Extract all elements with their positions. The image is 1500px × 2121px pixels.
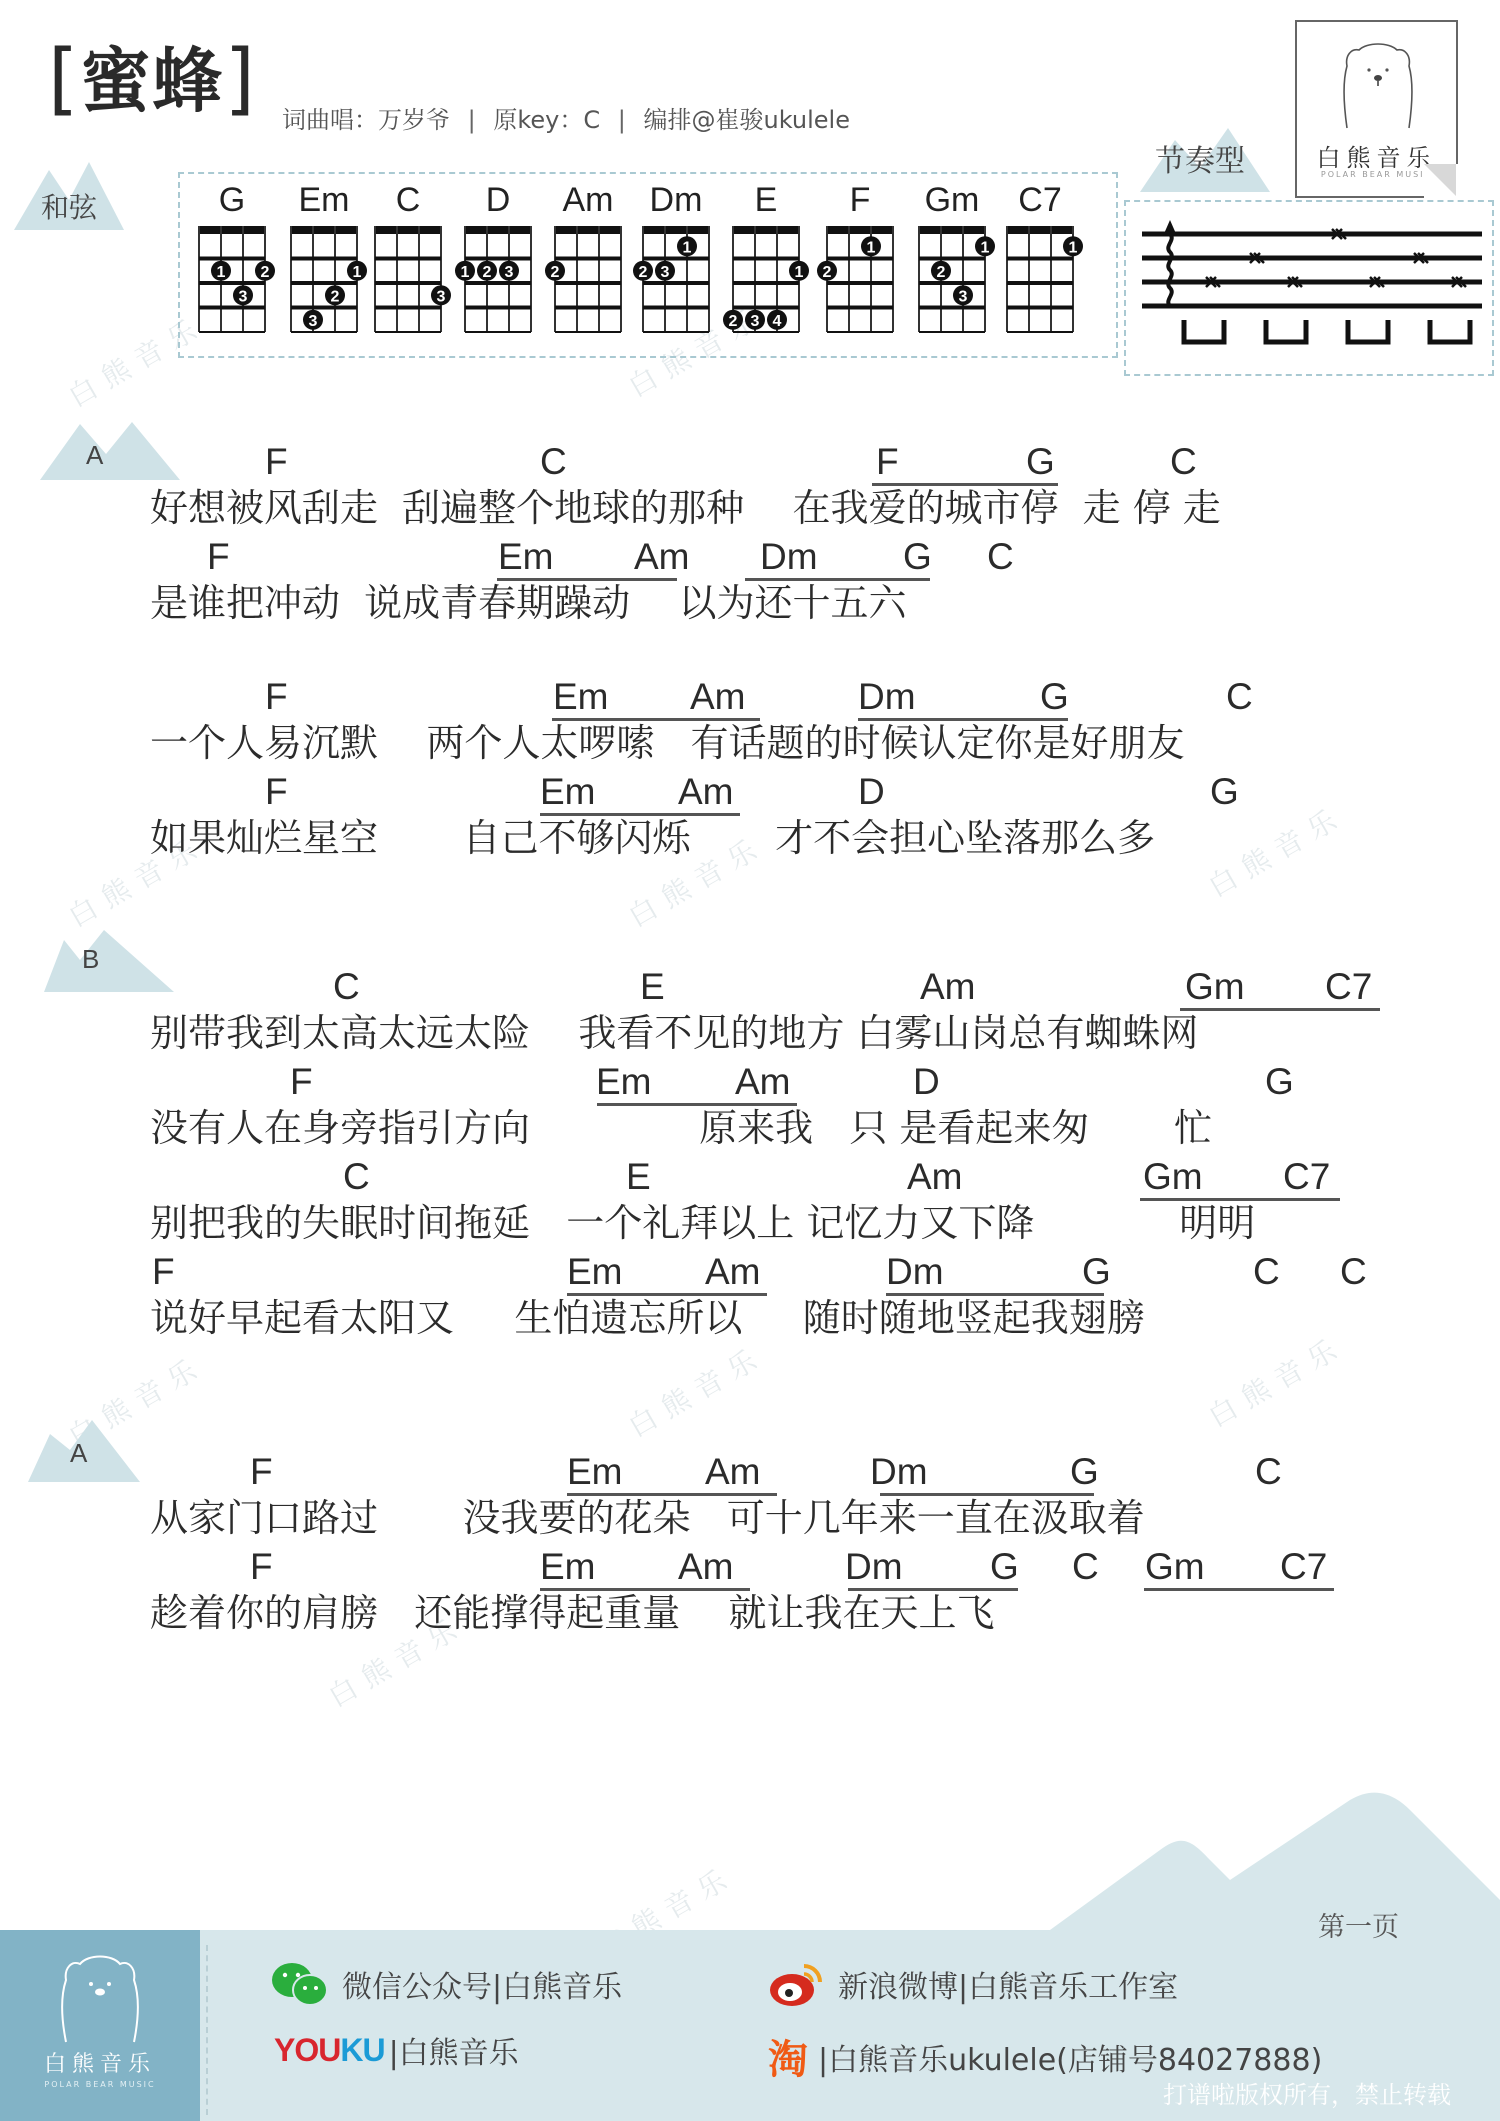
chord-symbol: Dm: [845, 1545, 903, 1589]
chord-symbol: Am: [705, 1250, 761, 1294]
chord-symbol: G: [1070, 1450, 1099, 1494]
chord-symbol: Em: [567, 1250, 623, 1294]
svg-text:1: 1: [683, 239, 692, 256]
youku-link[interactable]: YOUKU |白熊音乐: [274, 2028, 519, 2072]
meta-separator: |: [618, 106, 626, 134]
lyric-line: FEmAmDmGCC说好早起看太阳又 生怕遗忘所以 随时随地竖起我翅膀: [0, 1250, 1500, 1345]
chord-symbol: Am: [705, 1450, 761, 1494]
arranger: 编排@崔骏ukulele: [644, 106, 850, 134]
lyric-text: 没有人在身旁指引方向 原来我 只 是看起来匆 忙: [150, 1104, 1212, 1152]
fretboard-grid: 123: [639, 224, 713, 338]
taobao-text: |白熊音乐ukulele(店铺号84027888): [818, 2035, 1322, 2079]
svg-text:4: 4: [773, 313, 782, 330]
song-title: [蜜蜂]: [48, 40, 257, 118]
chord-symbol: C: [540, 440, 567, 484]
svg-text:3: 3: [959, 288, 968, 305]
chord-symbol: Am: [920, 965, 976, 1009]
chord-symbol: C: [1253, 1250, 1280, 1294]
chord-symbol: F: [290, 1060, 313, 1104]
footer-divider: [206, 1945, 208, 2115]
chord-symbol: C7: [1283, 1155, 1330, 1199]
svg-text:3: 3: [505, 264, 514, 281]
svg-text:2: 2: [823, 264, 832, 281]
chord-name: C: [368, 180, 448, 220]
chord-symbol: Am: [690, 675, 746, 719]
chord-symbol: Dm: [760, 535, 818, 579]
wechat-icon: [270, 1960, 330, 2008]
chord-symbol: Dm: [858, 675, 916, 719]
chord-symbol: F: [265, 440, 288, 484]
lyric-text: 别带我到太高太远太险 我看不见的地方 白雾山岗总有蜘蛛网: [150, 1009, 1198, 1057]
chord-diagram-g: G123: [192, 180, 272, 338]
chord-symbol: C: [1170, 440, 1197, 484]
lyric-text: 别把我的失眠时间拖延 一个礼拜以上 记忆力又下降 明明: [150, 1199, 1255, 1247]
lyric-line: FEmAmDG如果灿烂星空 自己不够闪烁 才不会担心坠落那么多: [0, 770, 1500, 865]
svg-text:1: 1: [461, 264, 470, 281]
chord-symbol: C: [343, 1155, 370, 1199]
footer-mountain-decoration: [1050, 1790, 1500, 1930]
chord-diagram-em: Em123: [284, 180, 364, 338]
chord-symbol: G: [1210, 770, 1239, 814]
chord-diagram-c7: C71: [1000, 180, 1080, 338]
lyric-text: 好想被风刮走 刮遍整个地球的那种 在我爱的城市停 走 停 走: [150, 484, 1221, 532]
chord-symbol: F: [265, 675, 288, 719]
lyric-text: 从家门口路过 没我要的花朵 可十几年来一直在汲取着: [150, 1494, 1145, 1542]
chord-diagram-am: Am2: [548, 180, 628, 338]
watermark: 白熊音乐: [620, 1335, 772, 1446]
fretboard-grid: 123: [195, 224, 269, 338]
svg-text:1: 1: [867, 239, 876, 256]
chord-symbol: G: [1082, 1250, 1111, 1294]
chord-symbol: C: [1340, 1250, 1367, 1294]
lyric-line: FEmAmDG没有人在身旁指引方向 原来我 只 是看起来匆 忙: [0, 1060, 1500, 1155]
brand-logo-card: 白熊音乐 POLAR BEAR MUSIC: [1295, 20, 1458, 198]
chord-symbol: C: [987, 535, 1014, 579]
chord-symbol: G: [1040, 675, 1069, 719]
svg-text:3: 3: [309, 313, 318, 330]
chord-symbol: Em: [498, 535, 554, 579]
title-bracket-left: [: [48, 34, 80, 124]
chord-symbol: Em: [540, 1545, 596, 1589]
chord-symbol: F: [250, 1450, 273, 1494]
svg-text:2: 2: [729, 313, 738, 330]
lyric-line: CEAmGmC7别把我的失眠时间拖延 一个礼拜以上 记忆力又下降 明明: [0, 1155, 1500, 1250]
chord-name: Em: [284, 180, 364, 220]
chord-diagram-e: E1234: [726, 180, 806, 338]
lyric-line: FEmAmDmGC是谁把冲动 说成青春期躁动 以为还十五六: [0, 535, 1500, 630]
chord-symbol: C: [1226, 675, 1253, 719]
wechat-text: 微信公众号|白熊音乐: [342, 1962, 622, 2006]
chord-symbol: E: [640, 965, 665, 1009]
chord-name: Gm: [912, 180, 992, 220]
credits: 词曲唱：万岁爷: [282, 106, 450, 134]
taobao-icon: 淘: [768, 2028, 808, 2085]
footer-brand-logo: 白熊音乐 POLAR BEAR MUSIC: [0, 1930, 200, 2121]
svg-text:1: 1: [981, 239, 990, 256]
svg-text:3: 3: [661, 264, 670, 281]
polar-bear-icon: [54, 1952, 146, 2044]
chord-symbol: Am: [735, 1060, 791, 1104]
chord-diagram-c: C3: [368, 180, 448, 338]
svg-text:2: 2: [261, 264, 270, 281]
chord-symbol: E: [626, 1155, 651, 1199]
chord-diagram-d: D123: [458, 180, 538, 338]
fretboard-grid: 123: [461, 224, 535, 338]
fretboard-grid: 1: [1003, 224, 1077, 338]
chord-symbol: C: [1255, 1450, 1282, 1494]
chord-symbol: G: [990, 1545, 1019, 1589]
fretboard-grid: 123: [915, 224, 989, 338]
lyric-text: 一个人易沉默 两个人太啰嗦 有话题的时候认定你是好朋友: [150, 719, 1185, 767]
chord-symbol: Dm: [886, 1250, 944, 1294]
chord-symbol: G: [903, 535, 932, 579]
svg-text:2: 2: [639, 264, 648, 281]
lyric-line: FEmAmDmGC一个人易沉默 两个人太啰嗦 有话题的时候认定你是好朋友: [0, 675, 1500, 770]
chord-name: G: [192, 180, 272, 220]
chord-symbol: D: [913, 1060, 940, 1104]
copyright-notice: 打谱啦版权所有，禁止转载: [1163, 2075, 1451, 2110]
chord-symbol: Am: [678, 770, 734, 814]
svg-text:3: 3: [751, 313, 760, 330]
svg-text:2: 2: [937, 264, 946, 281]
lyric-line: FEmAmDmGC从家门口路过 没我要的花朵 可十几年来一直在汲取着: [0, 1450, 1500, 1545]
chord-symbol: C: [1072, 1545, 1099, 1589]
lyric-line: FEmAmDmGCGmC7趁着你的肩膀 还能撑得起重量 就让我在天上飞: [0, 1545, 1500, 1640]
chord-symbol: Dm: [870, 1450, 928, 1494]
chord-symbol: Gm: [1143, 1155, 1203, 1199]
chords-section-badge: 和弦: [14, 160, 124, 230]
chord-name: E: [726, 180, 806, 220]
chord-symbol: F: [152, 1250, 175, 1294]
svg-text:2: 2: [551, 264, 560, 281]
polar-bear-icon: [1335, 40, 1421, 130]
chord-symbol: Em: [553, 675, 609, 719]
fretboard-grid: 3: [371, 224, 445, 338]
chord-symbol: Am: [634, 535, 690, 579]
chord-symbol: Am: [678, 1545, 734, 1589]
svg-text:2: 2: [331, 288, 340, 305]
chord-name: C7: [1000, 180, 1080, 220]
chord-diagram-dm: Dm123: [636, 180, 716, 338]
lyric-text: 趁着你的肩膀 还能撑得起重量 就让我在天上飞: [150, 1589, 995, 1637]
lyric-line: FCFGC好想被风刮走 刮遍整个地球的那种 在我爱的城市停 走 停 走: [0, 440, 1500, 535]
meta-separator: |: [468, 106, 476, 134]
title-bracket-right: ]: [224, 34, 256, 124]
chord-diagrams-panel: G123Em123C3D123Am2Dm123E1234F12Gm123C71: [178, 172, 1118, 358]
chord-symbol: Am: [907, 1155, 963, 1199]
original-key: 原key：C: [493, 106, 600, 134]
chord-diagram-f: F12: [820, 180, 900, 338]
strum-pattern-tab: [1126, 202, 1496, 378]
lyric-text: 如果灿烂星空 自己不够闪烁 才不会担心坠落那么多: [150, 814, 1155, 862]
chord-symbol: F: [250, 1545, 273, 1589]
song-meta: 词曲唱：万岁爷 | 原key：C | 编排@崔骏ukulele: [282, 100, 850, 135]
chord-symbol: Gm: [1185, 965, 1245, 1009]
lyric-text: 说好早起看太阳又 生怕遗忘所以 随时随地竖起我翅膀: [150, 1294, 1145, 1342]
chord-symbol: C7: [1280, 1545, 1327, 1589]
chord-symbol: F: [876, 440, 899, 484]
youku-text: |白熊音乐: [389, 2028, 519, 2072]
footer-brand-name: 白熊音乐: [0, 2047, 200, 2078]
svg-text:1: 1: [795, 264, 804, 281]
arpeggio-icon: [1168, 234, 1171, 306]
chord-symbol: F: [207, 535, 230, 579]
fretboard-grid: 1234: [729, 224, 803, 338]
chord-name: D: [458, 180, 538, 220]
svg-text:3: 3: [437, 288, 446, 305]
page-number: 第一页: [1318, 1905, 1399, 1944]
footer-brand-subtitle: POLAR BEAR MUSIC: [0, 2080, 200, 2089]
fretboard-grid: 123: [287, 224, 361, 338]
chord-name: F: [820, 180, 900, 220]
fretboard-grid: 2: [551, 224, 625, 338]
chord-symbol: C: [333, 965, 360, 1009]
page-fold-corner: [1424, 164, 1458, 198]
svg-text:1: 1: [217, 264, 226, 281]
strum-pattern-panel: [1124, 200, 1494, 376]
svg-text:1: 1: [353, 264, 362, 281]
svg-text:3: 3: [239, 288, 248, 305]
chord-symbol: G: [1265, 1060, 1294, 1104]
arrow-up-icon: [1163, 220, 1177, 236]
wechat-link[interactable]: 微信公众号|白熊音乐: [270, 1960, 622, 2008]
svg-text:1: 1: [1069, 239, 1078, 256]
chord-symbol: C7: [1325, 965, 1372, 1009]
chord-name: Dm: [636, 180, 716, 220]
youku-logo: YOUKU: [274, 2032, 385, 2069]
chord-symbol: Em: [540, 770, 596, 814]
chord-symbol: F: [265, 770, 288, 814]
weibo-icon: [768, 1960, 826, 2008]
chord-symbol: D: [858, 770, 885, 814]
chord-diagram-gm: Gm123: [912, 180, 992, 338]
chord-symbol: G: [1026, 440, 1055, 484]
lyric-line: CEAmGmC7别带我到太高太远太险 我看不见的地方 白雾山岗总有蜘蛛网: [0, 965, 1500, 1060]
lyric-text: 是谁把冲动 说成青春期躁动 以为还十五六: [150, 579, 906, 627]
fretboard-grid: 12: [823, 224, 897, 338]
rhythm-section-badge: 节奏型: [1130, 120, 1270, 192]
chord-symbol: Gm: [1145, 1545, 1205, 1589]
chords-label: 和弦: [14, 186, 124, 226]
svg-text:2: 2: [483, 264, 492, 281]
chord-symbol: Em: [596, 1060, 652, 1104]
weibo-link[interactable]: 新浪微博|白熊音乐工作室: [768, 1960, 1178, 2008]
weibo-text: 新浪微博|白熊音乐工作室: [838, 1962, 1178, 2006]
chord-symbol: Em: [567, 1450, 623, 1494]
rhythm-label: 节奏型: [1130, 136, 1270, 180]
chord-name: Am: [548, 180, 628, 220]
title-text: 蜜蜂: [80, 40, 224, 122]
